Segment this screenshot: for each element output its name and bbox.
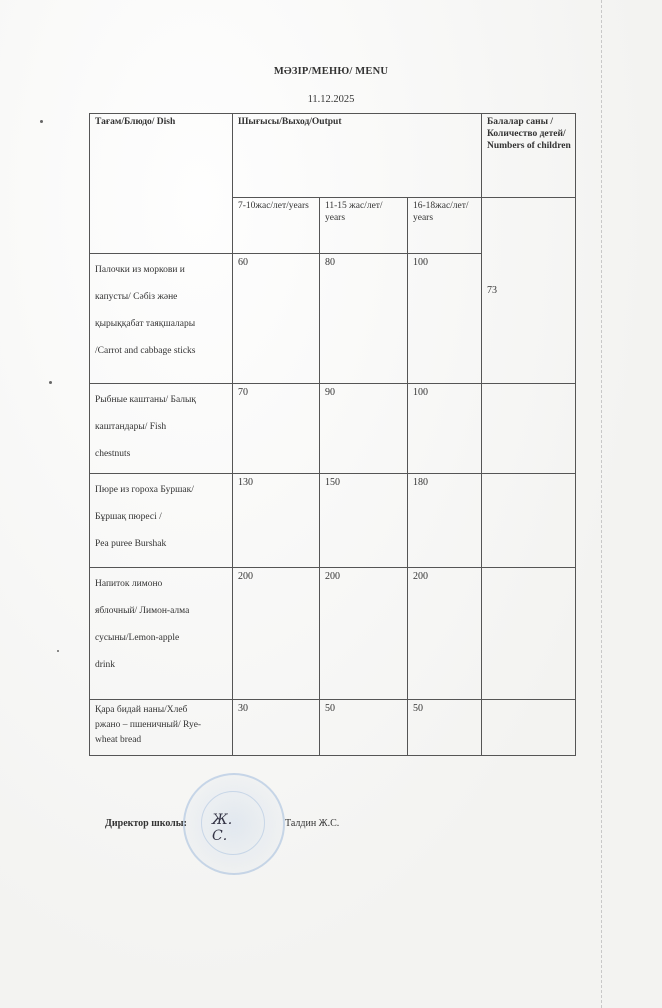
portion-11-15: 200 (320, 568, 408, 700)
scanned-page: МӘЗІР/МЕНЮ/ MENU 11.12.2025 Тағам/Блюдо/… (0, 0, 662, 1008)
table-row: Қара бидай наны/Хлеб ржано – пшеничный/ … (90, 700, 576, 756)
dish-line: қырыққабат таяқшалары (95, 311, 228, 338)
table-row: Пюре из гороха Буршак/ Бұршақ пюресі / P… (90, 474, 576, 568)
header-children: Балалар саны /Количество детей/ Numbers … (482, 114, 576, 198)
portion-7-10: 30 (233, 700, 320, 756)
portion-11-15: 80 (320, 254, 408, 384)
portion-7-10: 70 (233, 384, 320, 474)
dish-line: Қара бидай наны/Хлеб (95, 703, 228, 718)
portion-16-18: 100 (408, 384, 482, 474)
age-group-7-10: 7-10жас/лет/years (233, 198, 320, 254)
portion-7-10: 130 (233, 474, 320, 568)
document-date: 11.12.2025 (0, 94, 662, 105)
signature-block: Директор школы: Ж. С. Талдин Ж.С. (105, 818, 187, 829)
document-title: МӘЗІР/МЕНЮ/ MENU (0, 66, 662, 77)
signature: Ж. С. (212, 812, 232, 844)
dish-line: /Carrot and cabbage sticks (95, 338, 228, 365)
children-cell (482, 474, 576, 568)
children-cell (482, 384, 576, 474)
dish-name: Пюре из гороха Буршак/ Бұршақ пюресі / P… (90, 474, 233, 568)
children-cell (482, 568, 576, 700)
portion-16-18: 180 (408, 474, 482, 568)
table-row: Напиток лимоно яблочный/ Лимон-алма сусы… (90, 568, 576, 700)
portion-11-15: 50 (320, 700, 408, 756)
portion-7-10: 200 (233, 568, 320, 700)
age-group-16-18: 16-18жас/лет/ years (408, 198, 482, 254)
children-count: 73 (482, 198, 576, 384)
dish-line: Pea puree Burshak (95, 531, 228, 558)
dish-line: яблочный/ Лимон-алма (95, 598, 228, 625)
dish-line: Пюре из гороха Буршак/ (95, 477, 228, 504)
fold-line (601, 0, 603, 1008)
age-group-11-15: 11-15 жас/лет/ years (320, 198, 408, 254)
table-row: Рыбные каштаны/ Балық каштандары/ Fish c… (90, 384, 576, 474)
header-dish: Тағам/Блюдо/ Dish (90, 114, 233, 254)
dish-line: Бұршақ пюресі / (95, 504, 228, 531)
director-label: Директор школы: (105, 818, 187, 829)
scan-speck (40, 120, 43, 123)
dish-line: drink (95, 652, 228, 679)
dish-line: капусты/ Сәбіз және (95, 284, 228, 311)
portion-11-15: 150 (320, 474, 408, 568)
portion-16-18: 100 (408, 254, 482, 384)
dish-line: Палочки из моркови и (95, 257, 228, 284)
dish-name: Қара бидай наны/Хлеб ржано – пшеничный/ … (90, 700, 233, 756)
scan-speck (57, 650, 59, 652)
dish-line: каштандары/ Fish (95, 414, 228, 441)
dish-name: Палочки из моркови и капусты/ Сәбіз және… (90, 254, 233, 384)
dish-line: chestnuts (95, 441, 228, 468)
portion-11-15: 90 (320, 384, 408, 474)
scan-speck (49, 381, 52, 384)
portion-16-18: 200 (408, 568, 482, 700)
stamp-inner-ring (201, 791, 265, 855)
header-output: Шығысы/Выход/Output (233, 114, 482, 198)
portion-7-10: 60 (233, 254, 320, 384)
menu-table: Тағам/Блюдо/ Dish Шығысы/Выход/Output Ба… (89, 113, 576, 756)
children-cell (482, 700, 576, 756)
dish-line: wheat bread (95, 733, 228, 748)
dish-line: Рыбные каштаны/ Балық (95, 387, 228, 414)
dish-line: Напиток лимоно (95, 571, 228, 598)
dish-name: Рыбные каштаны/ Балық каштандары/ Fish c… (90, 384, 233, 474)
header-row: Тағам/Блюдо/ Dish Шығысы/Выход/Output Ба… (90, 114, 576, 198)
director-name: Талдин Ж.С. (285, 818, 339, 829)
dish-line: ржано – пшеничный/ Rye- (95, 718, 228, 733)
dish-line: сусыны/Lemon-apple (95, 625, 228, 652)
school-stamp (183, 773, 285, 875)
portion-16-18: 50 (408, 700, 482, 756)
dish-name: Напиток лимоно яблочный/ Лимон-алма сусы… (90, 568, 233, 700)
